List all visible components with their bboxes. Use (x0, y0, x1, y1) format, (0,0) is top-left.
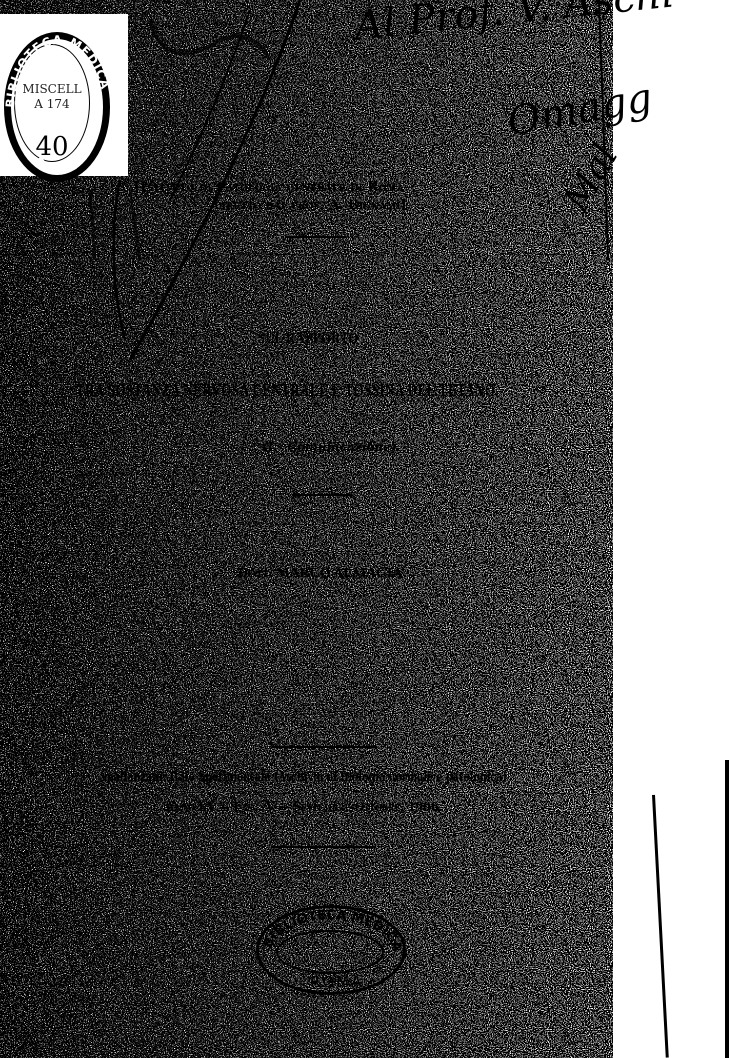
svg-text:BIBLIOTECA MEDICA: BIBLIOTECA MEDICA (3, 33, 112, 108)
director-line: diretto dal prof. A. Bignami]. (214, 198, 534, 213)
oval-stamp-text: BIBLIOTECA MEDICA ROMA * (256, 905, 406, 995)
author: Dott. MARCO ALMAGIA. (238, 566, 406, 582)
title-line1: SUL RAPPORTO (258, 330, 359, 348)
stamp-ring-text: BIBLIOTECA MEDICA ROMA (0, 28, 118, 190)
journal-name: Spallanzani: Italo Sperimentale (Archivi… (100, 770, 507, 785)
divider (292, 494, 352, 496)
divider (272, 846, 376, 848)
page-edge-right (725, 760, 729, 1058)
title-line2: TRA SOSTANZA NERVOSA CENTRALE E TOSSINA … (76, 380, 499, 401)
subtitle: (I.ª Comunicazione). (262, 440, 400, 454)
library-stamp: MISCELL A 174 40 BIBLIOTECA MEDICA ROMA (0, 14, 128, 176)
svg-text:BIBLIOTECA MEDICA: BIBLIOTECA MEDICA (261, 908, 405, 954)
issue-line: Anno LX — Fasc. V — Settembre-Ottobre, 1… (166, 800, 442, 815)
svg-text:ROMA: ROMA (32, 154, 80, 177)
page-edge-top-right (598, 0, 609, 260)
svg-text:*: * (374, 963, 381, 979)
institute-header: [Istituto di Patologia generale di Roma (134, 180, 554, 195)
svg-text:ROMA: ROMA (310, 973, 363, 991)
page-margin (613, 0, 731, 1058)
divider (272, 746, 376, 748)
divider (286, 236, 346, 238)
